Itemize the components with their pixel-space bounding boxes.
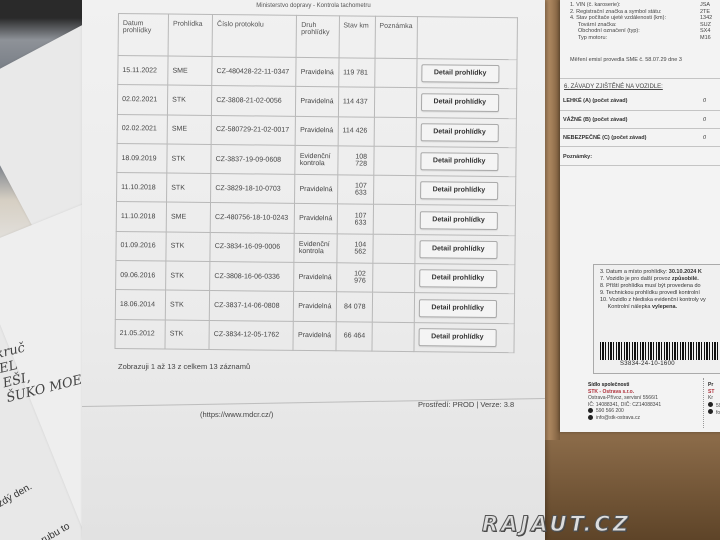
cell-km: 66 464 — [335, 321, 371, 351]
defects-title: 6. ZÁVADY ZJIŠTĚNÉ NA VOZIDLE: — [564, 84, 663, 90]
cell-protocol-number: CZ-3834-16-09-0006 — [210, 232, 294, 262]
detail-button[interactable]: Detail prohlídky — [420, 181, 498, 200]
cell-inspection-type: SME — [168, 56, 212, 86]
cell-date: 11.10.2018 — [117, 173, 167, 203]
col-action — [417, 17, 518, 60]
table-row: 02.02.2021SMECZ-580729-21-02-0017Pravide… — [117, 114, 516, 147]
cell-date: 15.11.2022 — [118, 56, 168, 86]
watermark-logo: RAJAUT.CZ — [482, 512, 631, 536]
cell-action: Detail prohlídky — [416, 59, 517, 89]
table-header-row: Datum prohlídky Prohlídka Číslo protokol… — [118, 14, 517, 60]
notes-label: Poznámky: — [563, 154, 592, 160]
cell-inspection-type: STK — [165, 320, 209, 350]
col-kind: Druh prohlídky — [296, 15, 339, 57]
mdcr-link[interactable]: (https://www.mdcr.cz/) — [200, 410, 273, 419]
cell-action: Detail prohlídky — [416, 147, 517, 177]
detail-button[interactable]: Detail prohlídky — [420, 123, 498, 142]
table-row: 09.06.2016STKCZ-3808-16-06-0336Pravideln… — [116, 261, 515, 294]
vehicle-info-row: Tovární značka:SUZ — [570, 22, 712, 29]
cell-action: Detail prohlídky — [415, 234, 516, 264]
vehicle-info-row: 4. Stav počítače ujeté vzdálenosti (km):… — [570, 15, 712, 22]
cell-inspection-kind: Pravidelná — [295, 116, 337, 146]
detail-button[interactable]: Detail prohlídky — [419, 211, 497, 230]
defect-dangerous: NEBEZPEČNÉ (C) (počet závad) 0 — [563, 135, 720, 141]
col-note: Poznámka — [375, 16, 418, 58]
cell-inspection-type: STK — [167, 144, 211, 174]
cell-action: Detail prohlídky — [415, 205, 516, 235]
cell-km: 114 426 — [338, 116, 374, 146]
defect-serious: VÁŽNÉ (B) (počet závad) 0 — [563, 117, 720, 123]
detail-button[interactable]: Detail prohlídky — [421, 94, 499, 113]
page-header: Ministerstvo dopravy - Kontrola tachomet… — [82, 3, 545, 9]
cell-inspection-type: STK — [167, 173, 211, 203]
vehicle-info-row: Obchodní označení (typ):SX4 — [570, 28, 712, 35]
cell-note — [373, 205, 415, 235]
cell-note — [373, 175, 415, 205]
cell-action: Detail prohlídky — [416, 88, 517, 118]
column-separator — [703, 378, 704, 428]
vehicle-info-row: 2. Registrační značka a symbol státu:2TE — [570, 9, 712, 16]
separator — [560, 78, 720, 79]
result-line: 7. Vozidlo je pro další provoz způsobilé… — [600, 276, 720, 283]
cell-inspection-type: SME — [166, 203, 210, 233]
vehicle-info-row: Typ motoru:M16 — [570, 35, 712, 42]
result-line: 9. Technickou prohlídku provedl kontroln… — [600, 290, 720, 297]
separator — [560, 128, 720, 129]
col-protocol: Číslo protokolu — [212, 14, 297, 57]
col-date: Datum prohlídky — [118, 14, 169, 57]
defect-light: LEHKÉ (A) (počet závad) 0 — [563, 98, 720, 104]
cell-inspection-type: STK — [168, 85, 212, 115]
cell-date: 01.09.2016 — [116, 231, 166, 261]
cell-inspection-kind: Pravidelná — [296, 57, 338, 87]
cell-protocol-number: CZ-480428-22-11-0347 — [212, 56, 296, 86]
emission-note: Měření emisí provedla SME č. 58.07.29 dn… — [570, 57, 682, 63]
records-summary: Zobrazuji 1 až 13 z celkem 13 záznamů — [118, 362, 250, 371]
company-info: Sídlo společnosti STK - Ostrava s.r.o. O… — [588, 382, 661, 421]
table-row: 18.06.2014STKCZ-3837-14-06-0808Pravideln… — [115, 290, 514, 323]
web-icon — [588, 415, 593, 420]
result-line: 10. Vozidlo z hlediska evidenční kontrol… — [600, 297, 720, 304]
result-line: 8. Příští prohlídka musí být provedena d… — [600, 283, 720, 290]
table-row: 11.10.2018SMECZ-480756-18-10-0243Pravide… — [116, 202, 515, 235]
cell-protocol-number: CZ-3834-12-05-1762 — [209, 320, 293, 350]
branch-info: Pr ST Kr 59 fo — [708, 382, 720, 417]
col-km: Stav km — [339, 16, 376, 58]
cell-km: 119 781 — [338, 58, 374, 88]
cell-protocol-number: CZ-3829-18-10-0703 — [211, 174, 295, 204]
cell-km: 107 633 — [337, 204, 373, 234]
table-row: 18.09.2019STKCZ-3837-19-09-0608Evidenční… — [117, 143, 516, 176]
phone-icon — [708, 402, 713, 407]
cell-km: 108 728 — [337, 146, 373, 176]
cell-inspection-type: STK — [166, 261, 210, 291]
cell-inspection-type: STK — [166, 232, 210, 262]
cell-protocol-number: CZ-3837-14-06-0808 — [209, 291, 293, 321]
cell-protocol-number: CZ-3808-16-06-0336 — [210, 262, 294, 292]
cell-km: 102 976 — [336, 263, 372, 293]
cell-note — [372, 234, 414, 264]
cell-note — [374, 87, 416, 117]
cell-date: 02.02.2021 — [117, 114, 167, 144]
cell-action: Detail prohlídky — [415, 176, 516, 206]
barcode — [600, 342, 720, 360]
cell-inspection-kind: Evidenční kontrola — [295, 145, 337, 175]
cell-action: Detail prohlídky — [414, 264, 515, 294]
cell-inspection-kind: Pravidelná — [293, 321, 335, 351]
environment-info: Prostředí: PROD | Verze: 3.8 — [418, 400, 514, 409]
table-row: 15.11.2022SMECZ-480428-22-11-0347Pravide… — [118, 56, 517, 89]
cell-protocol-number: CZ-480756-18-10-0243 — [210, 203, 294, 233]
barcode-number: S3834-24-10-1600 — [620, 361, 675, 367]
cell-action: Detail prohlídky — [414, 322, 515, 352]
cell-date: 18.06.2014 — [115, 290, 165, 320]
cell-km: 114 437 — [338, 87, 374, 117]
cell-protocol-number: CZ-3837-19-09-0608 — [211, 144, 295, 174]
cell-date: 21.05.2012 — [115, 319, 165, 349]
cell-protocol-number: CZ-580729-21-02-0017 — [211, 115, 295, 145]
separator — [560, 165, 720, 166]
cell-inspection-kind: Pravidelná — [296, 87, 338, 117]
cell-action: Detail prohlídky — [416, 117, 517, 147]
table-row: 21.05.2012STKCZ-3834-12-05-1762Pravideln… — [115, 319, 514, 352]
detail-button[interactable]: Detail prohlídky — [419, 269, 497, 288]
web-icon — [708, 409, 713, 414]
cell-note — [372, 322, 414, 352]
detail-button[interactable]: Detail prohlídky — [419, 240, 497, 259]
cell-inspection-type: STK — [165, 290, 209, 320]
cell-km: 84 078 — [336, 292, 372, 322]
inspection-table: Datum prohlídky Prohlídka Číslo protokol… — [114, 13, 517, 353]
cell-inspection-kind: Pravidelná — [294, 292, 336, 322]
inspection-protocol-document: 1. VIN (č. karoserie):JSA2. Registrační … — [560, 0, 720, 432]
cell-inspection-kind: Pravidelná — [295, 204, 337, 234]
detail-button[interactable]: Detail prohlídky — [421, 64, 499, 83]
table-row: 01.09.2016STKCZ-3834-16-09-0006Evidenční… — [116, 231, 515, 264]
detail-button[interactable]: Detail prohlídky — [418, 328, 496, 347]
table-row: 02.02.2021STKCZ-3808-21-02-0056Pravideln… — [117, 85, 516, 118]
cell-date: 09.06.2016 — [116, 261, 166, 291]
cell-km: 104 562 — [336, 234, 372, 264]
table-row: 11.10.2018STKCZ-3829-18-10-0703Pravideln… — [117, 173, 516, 206]
result-line: 3. Datum a místo prohlídky: 30.10.2024 K — [600, 269, 720, 276]
cell-note — [374, 117, 416, 147]
cell-inspection-kind: Pravidelná — [295, 175, 337, 205]
cell-date: 18.09.2019 — [117, 143, 167, 173]
cell-note — [374, 58, 416, 88]
cell-action: Detail prohlídky — [414, 293, 515, 323]
cell-note — [372, 293, 414, 323]
cell-date: 02.02.2021 — [117, 85, 167, 115]
cell-date: 11.10.2018 — [116, 202, 166, 232]
detail-button[interactable]: Detail prohlídky — [420, 152, 498, 171]
cell-inspection-kind: Evidenční kontrola — [294, 233, 336, 263]
cell-inspection-kind: Pravidelná — [294, 262, 336, 292]
result-line: Kontrolní nálepka vylepena. — [600, 304, 720, 311]
cell-note — [373, 146, 415, 176]
cell-protocol-number: CZ-3808-21-02-0056 — [212, 86, 296, 116]
vehicle-info: 1. VIN (č. karoserie):JSA2. Registrační … — [570, 2, 712, 42]
separator — [560, 146, 720, 147]
vehicle-info-row: 1. VIN (č. karoserie):JSA — [570, 2, 712, 9]
cell-km: 107 633 — [337, 175, 373, 205]
phone-icon — [588, 408, 593, 413]
detail-button[interactable]: Detail prohlídky — [419, 299, 497, 318]
separator — [560, 110, 720, 111]
cell-inspection-type: SME — [167, 115, 211, 145]
cell-note — [372, 263, 414, 293]
printed-inspection-history: Ministerstvo dopravy - Kontrola tachomet… — [82, 0, 545, 540]
col-inspection: Prohlídka — [168, 14, 213, 56]
